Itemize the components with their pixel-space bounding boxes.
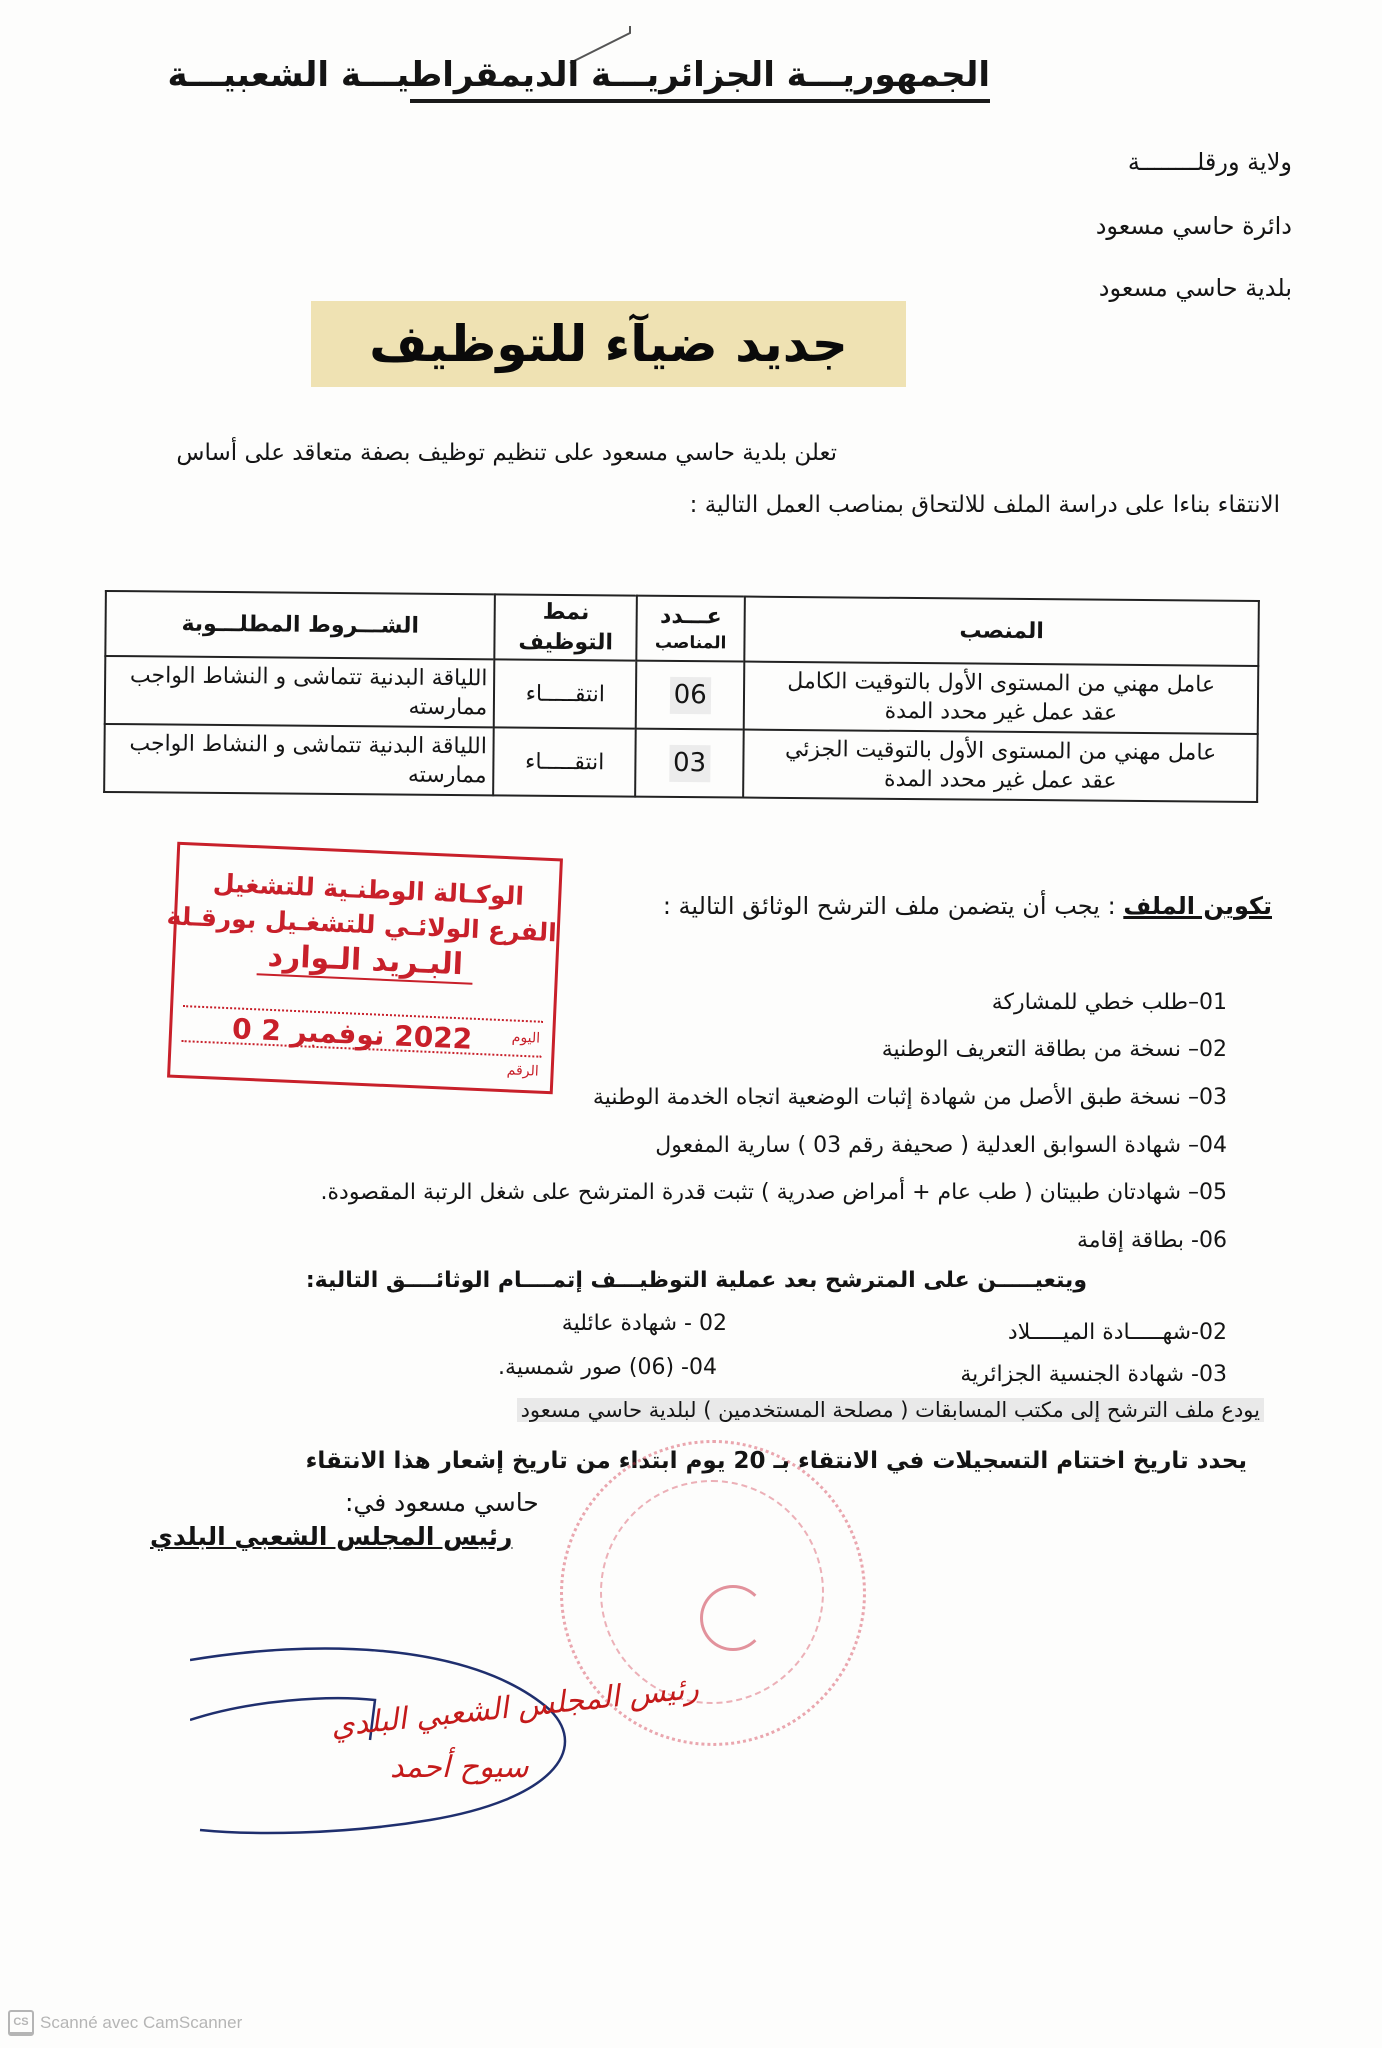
header-count-line2: المناصب: [644, 632, 738, 656]
header-mode: نمط التوظيف: [495, 594, 637, 661]
file-section-heading: تكوين الملف : يجب أن يتضمن ملف الترشح ال…: [663, 892, 1272, 920]
post-hiring-item: 02-شهـــــادة الميـــــلاد: [1008, 1320, 1227, 1345]
header-position: المنصب: [744, 597, 1258, 667]
list-item: 01–طلب خطي للمشاركة: [992, 990, 1227, 1015]
conditions-cell: اللياقة البدنية تتماشى و النشاط الواجب م…: [105, 656, 495, 727]
header-count: عـــدد المناصب: [637, 596, 746, 662]
list-item: 02– نسخة من بطاقة التعريف الوطنية: [882, 1037, 1227, 1062]
handwritten-signature-name: سيوح أحمد: [390, 1750, 529, 1785]
jobs-table-header: المنصب عـــدد المناصب نمط التوظيف الشـــ…: [105, 591, 1259, 666]
promo-banner-text: جديد ضيآء للتوظيف: [369, 315, 847, 373]
count-value: 06: [669, 677, 710, 714]
post-hiring-item: 04- (06) صور شمسية.: [498, 1355, 717, 1380]
stamp-day-label: اليوم: [511, 1029, 540, 1046]
stamp-mail-in: البـريد الـوارد: [257, 938, 474, 984]
table-row: عامل مهني من المستوى الأول بالتوقيت الجز…: [104, 724, 1258, 802]
conditions-line-2: ممارسته: [112, 690, 488, 723]
deposit-note: يودع ملف الترشح إلى مكتب المسابقات ( مصل…: [517, 1398, 1264, 1422]
stamp-date: 2022 نوفمبر 2 0: [232, 1012, 473, 1055]
post-hiring-heading: ويتعيـــــن على المترشح بعد عملية التوظي…: [306, 1268, 1087, 1293]
conditions-line-2: ممارسته: [111, 758, 487, 791]
republic-heading: الجمهوريـــة الجزائريـــة الديمقراطيـــة…: [410, 55, 990, 103]
post-hiring-item: 03- شهادة الجنسية الجزائرية: [960, 1362, 1227, 1387]
intro-line-2: الانتقاء بناءا على دراسة الملف للالتحاق …: [690, 492, 1280, 518]
position-cell: عامل مهني من المستوى الأول بالتوقيت الجز…: [743, 730, 1257, 802]
position-cell: عامل مهني من المستوى الأول بالتوقيت الكا…: [744, 662, 1258, 734]
intro-line-1: تعلن بلدية حاسي مسعود على تنظيم توظيف بص…: [176, 440, 837, 466]
conditions-cell: اللياقة البدنية تتماشى و النشاط الواجب م…: [104, 724, 494, 795]
promo-banner: جديد ضيآء للتوظيف: [311, 301, 906, 387]
signature-place: حاسي مسعود في:: [345, 1488, 539, 1517]
file-section-title: تكوين الملف: [1123, 892, 1272, 920]
count-cell: 06: [636, 661, 745, 730]
conditions-line-1: اللياقة البدنية تتماشى و النشاط الواجب: [112, 661, 488, 694]
daira-label: دائرة حاسي مسعود: [1096, 212, 1292, 240]
position-title: عامل مهني من المستوى الأول بالتوقيت الكا…: [751, 666, 1251, 700]
list-item: 06- بطاقة إقامة: [1077, 1228, 1227, 1253]
position-title: عامل مهني من المستوى الأول بالتوقيت الجز…: [751, 734, 1251, 768]
table-row: عامل مهني من المستوى الأول بالتوقيت الكا…: [105, 656, 1259, 734]
header-count-line1: عـــدد: [644, 602, 738, 633]
list-item: 04– شهادة السوابق العدلية ( صحيفة رقم 03…: [655, 1133, 1227, 1158]
count-cell: 03: [635, 729, 744, 798]
count-value: 03: [669, 745, 710, 782]
camscanner-text: Scanné avec CamScanner: [40, 2013, 242, 2033]
mode-cell: انتقـــــاء: [493, 728, 635, 797]
list-item: 03– نسخة طبق الأصل من شهادة إثبات الوضعي…: [593, 1085, 1227, 1110]
conditions-line-1: اللياقة البدنية تتماشى و النشاط الواجب: [111, 729, 487, 762]
contract-type: عقد عمل غير محدد المدة: [751, 696, 1251, 730]
wilaya-label: ولاية ورقلــــــــة: [1128, 148, 1292, 176]
stamp-number-label: الرقم: [506, 1062, 539, 1079]
signature-title: رئيس المجلس الشعبي البلدي: [150, 1522, 512, 1551]
file-section-subtitle: : يجب أن يتضمن ملف الترشح الوثائق التالي…: [663, 892, 1116, 920]
post-hiring-item: 02 - شهادة عائلية: [562, 1311, 727, 1336]
header-conditions: الشـــروط المطلـــوبة: [105, 591, 495, 660]
list-item: 05– شهادتان طبيتان ( طب عام + أمراض صدري…: [321, 1180, 1227, 1205]
reception-stamp: الوكـالة الوطنـية للتشغيل الفرع الولائـي…: [167, 842, 563, 1095]
mode-cell: انتقـــــاء: [494, 660, 636, 729]
baladia-label: بلدية حاسي مسعود: [1099, 274, 1292, 302]
camscanner-watermark: CS Scanné avec CamScanner: [8, 2010, 242, 2036]
contract-type: عقد عمل غير محدد المدة: [750, 764, 1250, 798]
camscanner-logo-icon: CS: [8, 2010, 34, 2036]
jobs-table: المنصب عـــدد المناصب نمط التوظيف الشـــ…: [103, 590, 1260, 803]
